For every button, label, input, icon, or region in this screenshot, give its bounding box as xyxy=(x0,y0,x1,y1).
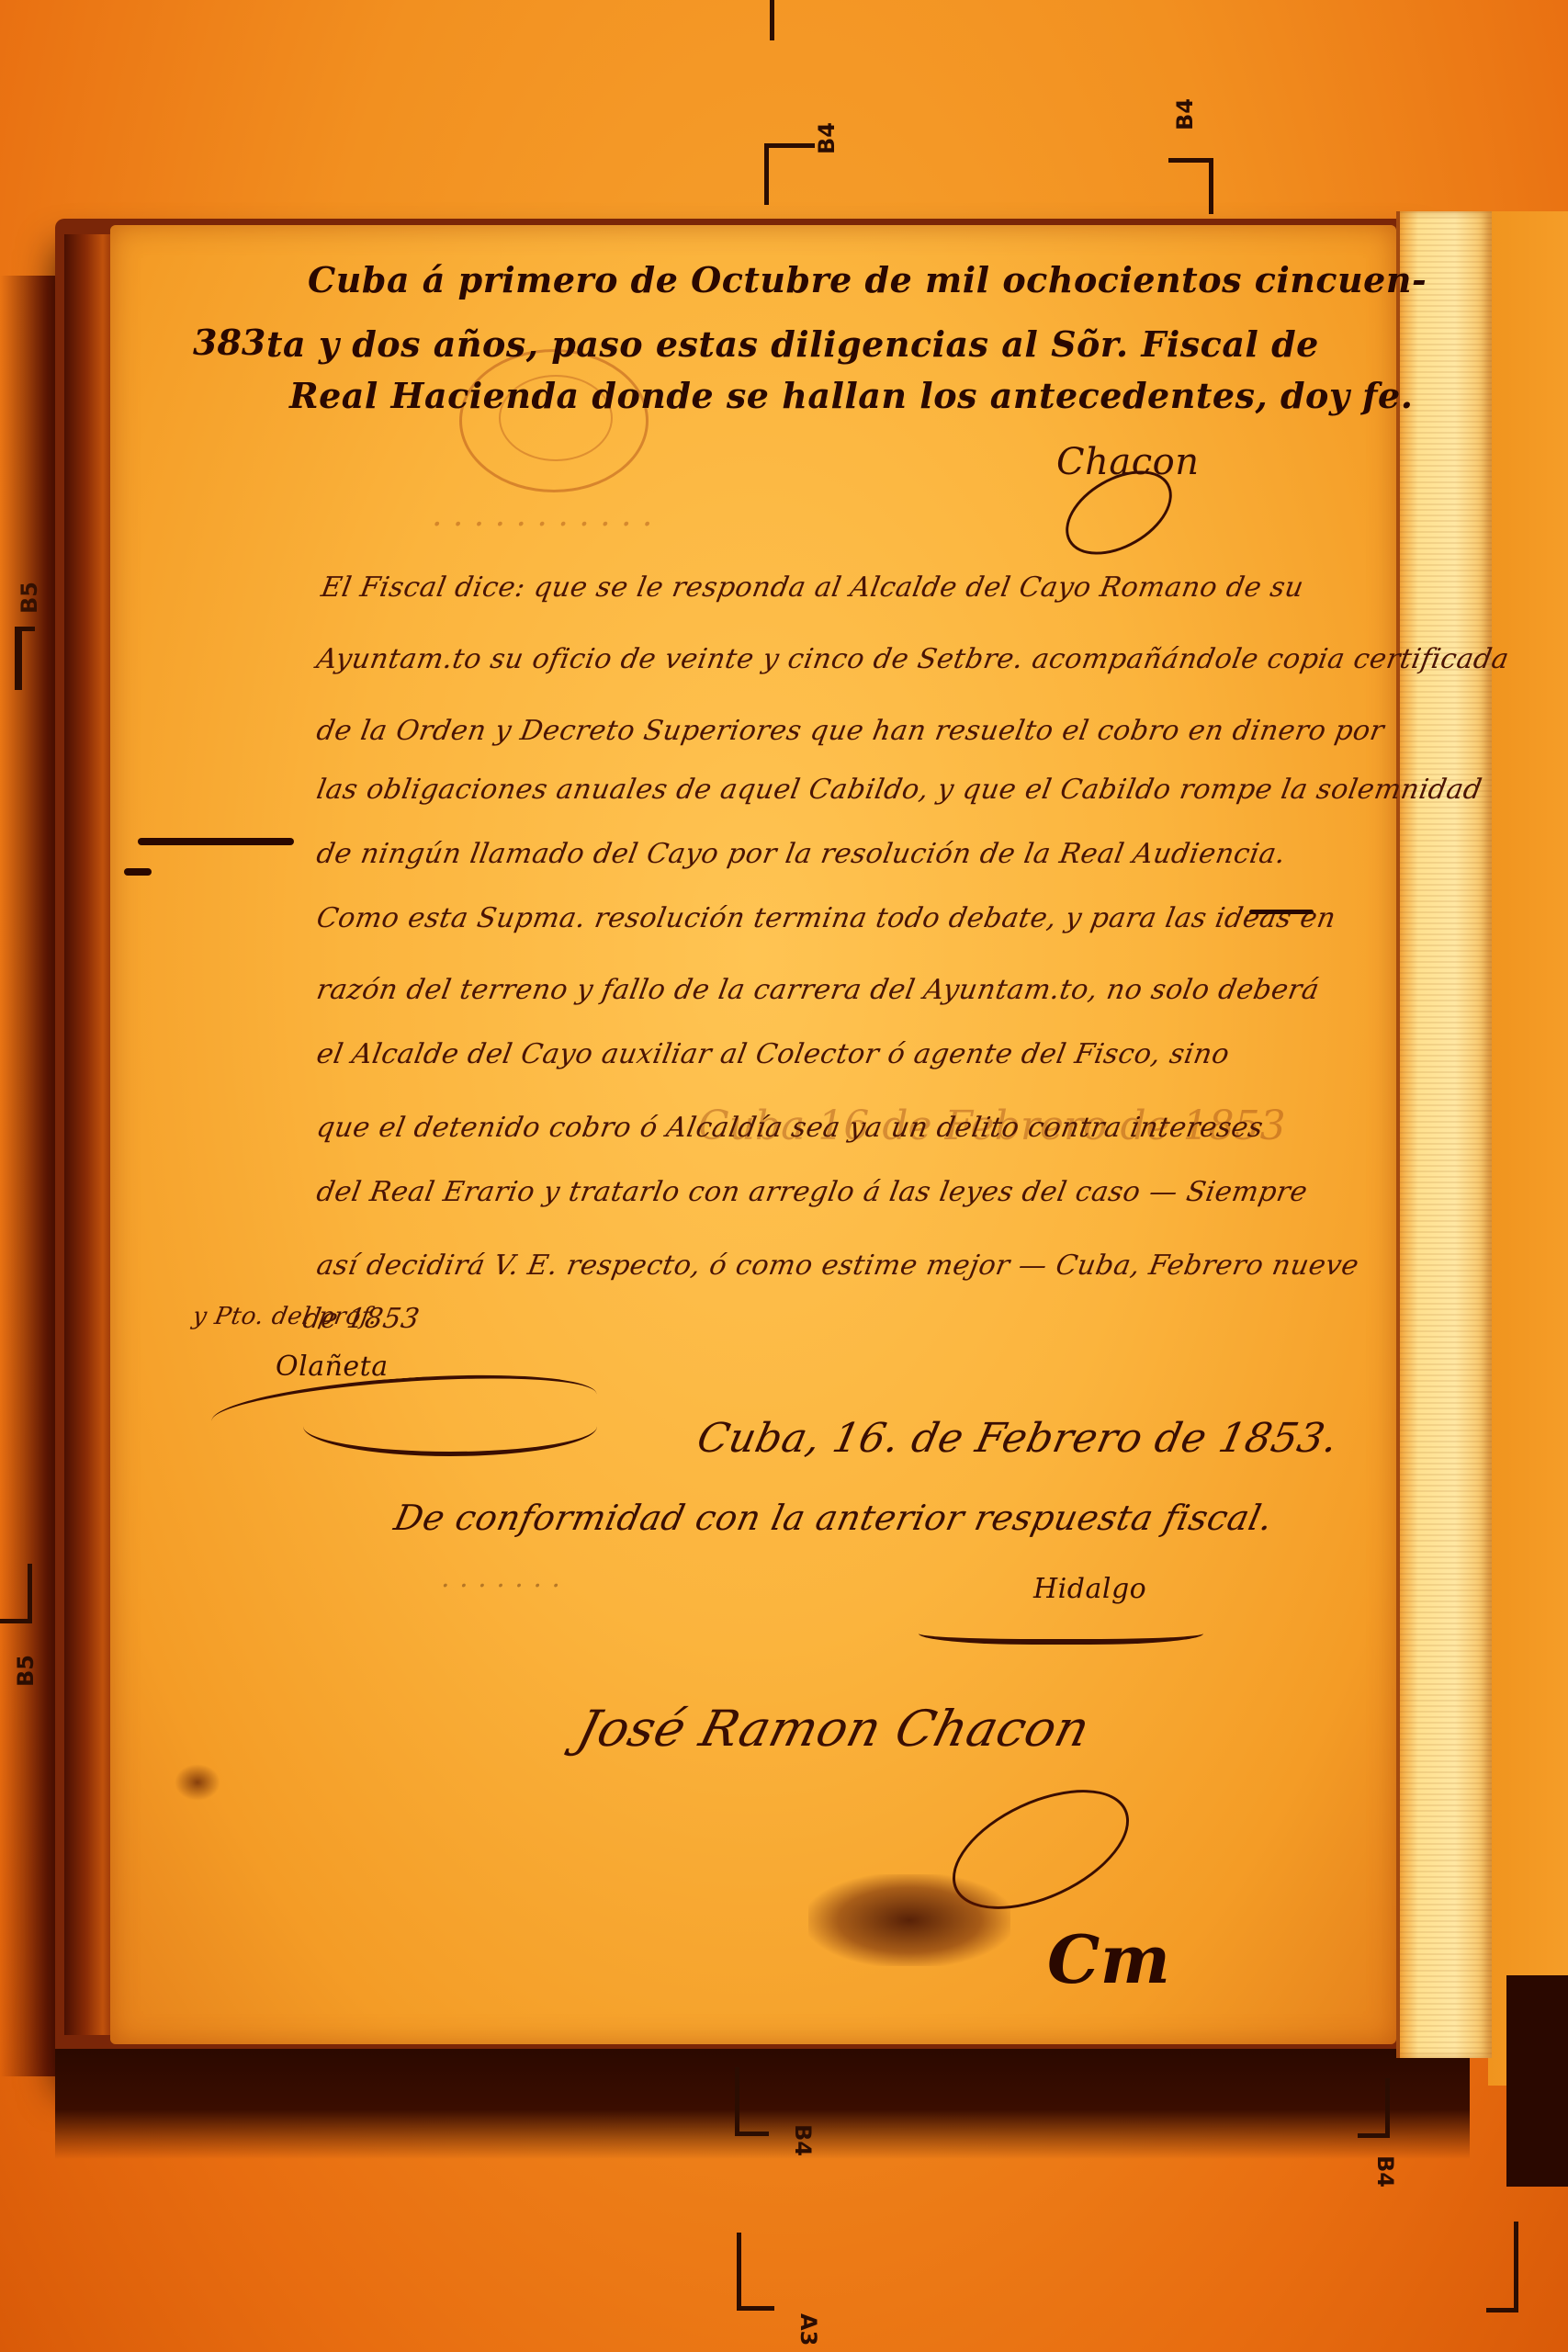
header-line: Real Hacienda donde se hallan los antece… xyxy=(289,375,1413,416)
body-line: las obligaciones anuales de aquel Cabild… xyxy=(314,774,1484,806)
margin-note: y Pto. del prof. xyxy=(190,1303,379,1330)
body-line: el Alcalde del Cayo auxiliar al Colector… xyxy=(314,1038,1232,1070)
header-line: Cuba á primero de Octubre de mil ochocie… xyxy=(308,259,1427,300)
crop-bracket-left-lower xyxy=(0,1564,32,1623)
crop-marker-bottom-inner-right: B4 xyxy=(1372,2155,1398,2188)
final-signature: José Ramon Chacon xyxy=(571,1700,1096,1758)
crop-bracket-bottom-outer-right xyxy=(1486,2222,1518,2312)
folio-number: 383. xyxy=(193,322,278,363)
signature-flourish xyxy=(919,1617,1203,1645)
body-line: Como esta Supma. resolución termina todo… xyxy=(314,902,1338,934)
crop-bracket-top-left xyxy=(764,143,815,205)
body-line: del Real Erario y tratarlo con arreglo á… xyxy=(314,1176,1310,1208)
resolution-line: De conformidad con la anterior respuesta… xyxy=(390,1498,1276,1538)
middle-signature: Hidalgo xyxy=(1033,1573,1146,1605)
crop-bracket-bottom-outer-left xyxy=(737,2233,774,2311)
margin-strike-line xyxy=(138,838,294,845)
body-line: razón del terreno y fallo de la carrera … xyxy=(314,974,1322,1006)
body-line: El Fiscal dice: que se le responda al Al… xyxy=(319,571,1306,604)
crop-bracket-top-right xyxy=(1168,158,1213,214)
ink-blot xyxy=(808,1874,1010,1966)
header-line: ta y dos años, paso estas diligencias al… xyxy=(266,323,1319,365)
adjacent-board xyxy=(1488,211,1568,2086)
body-line: Ayuntam.to su oficio de veinte y cinco d… xyxy=(314,643,1512,675)
crop-bracket-bottom-inner-right xyxy=(1358,2078,1390,2138)
corner-shadow xyxy=(1506,1975,1568,2187)
crop-bracket-top-vertical xyxy=(770,0,774,40)
crop-marker-top-left: B4 xyxy=(814,122,840,154)
crop-bracket-left-upper xyxy=(15,627,35,690)
body-line: de ningún llamado del Cayo por la resolu… xyxy=(314,838,1288,870)
margin-strike-line xyxy=(124,868,152,876)
body-line: que el detenido cobro ó Alcaldía sea ya … xyxy=(314,1112,1266,1144)
crop-marker-left-lower: B5 xyxy=(13,1655,39,1687)
body-line: así decidirá V. E. respecto, ó como esti… xyxy=(314,1249,1361,1282)
faint-writing: . . . . . . . xyxy=(441,1562,560,1594)
book-binding-strip xyxy=(1396,211,1492,2058)
body-line: de la Orden y Decreto Superiores que han… xyxy=(314,715,1387,747)
crop-marker-bottom-outer-left: A3 xyxy=(795,2313,821,2346)
signature-flourish xyxy=(303,1396,597,1456)
embossed-seal xyxy=(459,349,649,492)
crop-marker-top-right: B4 xyxy=(1172,98,1198,130)
crop-marker-bottom-inner-left: B4 xyxy=(790,2124,816,2156)
final-initials: Cm xyxy=(1047,1920,1171,1998)
fiscal-signature: Olañeta xyxy=(276,1351,389,1383)
crop-bracket-bottom-inner-left xyxy=(735,2067,769,2136)
crop-marker-left-upper: B5 xyxy=(17,582,42,614)
paper-stain xyxy=(175,1764,220,1801)
date-line: Cuba, 16. de Febrero de 1853. xyxy=(694,1415,1343,1462)
margin-strike-line xyxy=(1249,910,1314,914)
bleed-through-text: . . . . . . . . . . . xyxy=(432,496,652,534)
